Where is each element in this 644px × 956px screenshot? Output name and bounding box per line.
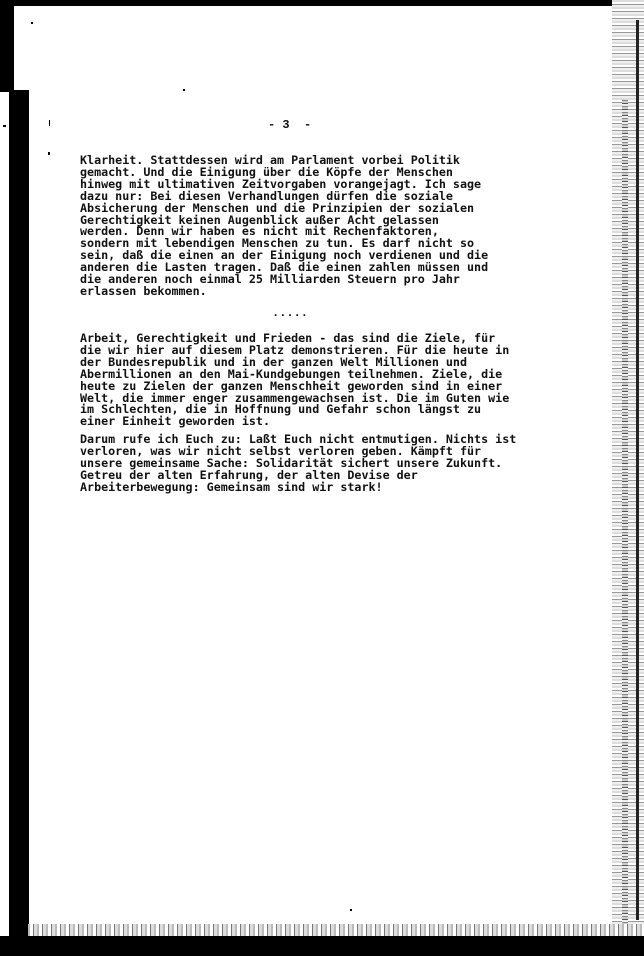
scan-adjacent-page-edge	[0, 92, 9, 942]
paragraph-1: Klarheit. Stattdessen wird am Parlament …	[80, 155, 488, 298]
scan-speck	[48, 152, 50, 155]
paragraph-2: Arbeit, Gerechtigkeit und Frieden - das …	[80, 333, 509, 428]
scan-speck	[350, 909, 352, 911]
scan-speck	[183, 89, 185, 91]
scan-border-right	[612, 0, 644, 956]
page-number: - 3 -	[268, 118, 311, 132]
paragraph-3: Darum rufe ich Euch zu: Laßt Euch nicht …	[80, 434, 516, 494]
scan-noise-right	[622, 100, 628, 930]
scan-shadow-right	[636, 20, 639, 920]
scan-border-left	[9, 90, 29, 940]
scan-speck	[49, 120, 50, 126]
scan-speck	[3, 125, 6, 127]
scan-noise-bottom	[28, 924, 644, 936]
section-separator: .....	[272, 306, 308, 320]
scan-speck	[31, 22, 33, 24]
scan-border-bottom	[0, 936, 644, 956]
